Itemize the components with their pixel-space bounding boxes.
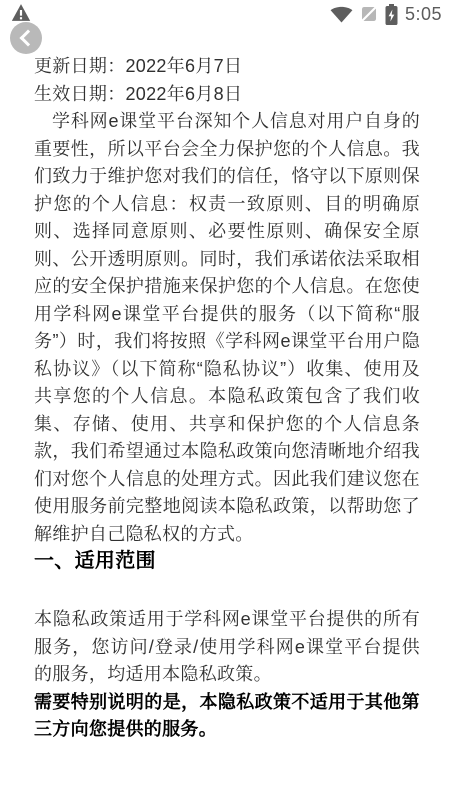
privacy-policy-screen: 5:05 更新日期：2022年6月7日 生效日期：2022年6月8日 学科网e课… bbox=[0, 0, 450, 800]
special-note-paragraph: 需要特别说明的是，本隐私政策不适用于其他第三方向您提供的服务。 bbox=[34, 689, 420, 744]
privacy-policy-document: 更新日期：2022年6月7日 生效日期：2022年6月8日 学科网e课堂平台深知… bbox=[0, 0, 450, 744]
scope-paragraph: 本隐私政策适用于学科网e课堂平台提供的所有服务，您访问/登录/使用学科网e课堂平… bbox=[34, 606, 420, 689]
effective-date: 生效日期：2022年6月8日 bbox=[34, 81, 420, 109]
intro-paragraph: 学科网e课堂平台深知个人信息对用户自身的重要性，所以平台会全力保护您的个人信息。… bbox=[34, 108, 420, 548]
update-date: 更新日期：2022年6月7日 bbox=[34, 53, 420, 81]
section-heading-scope: 一、适用范围 bbox=[34, 548, 420, 575]
